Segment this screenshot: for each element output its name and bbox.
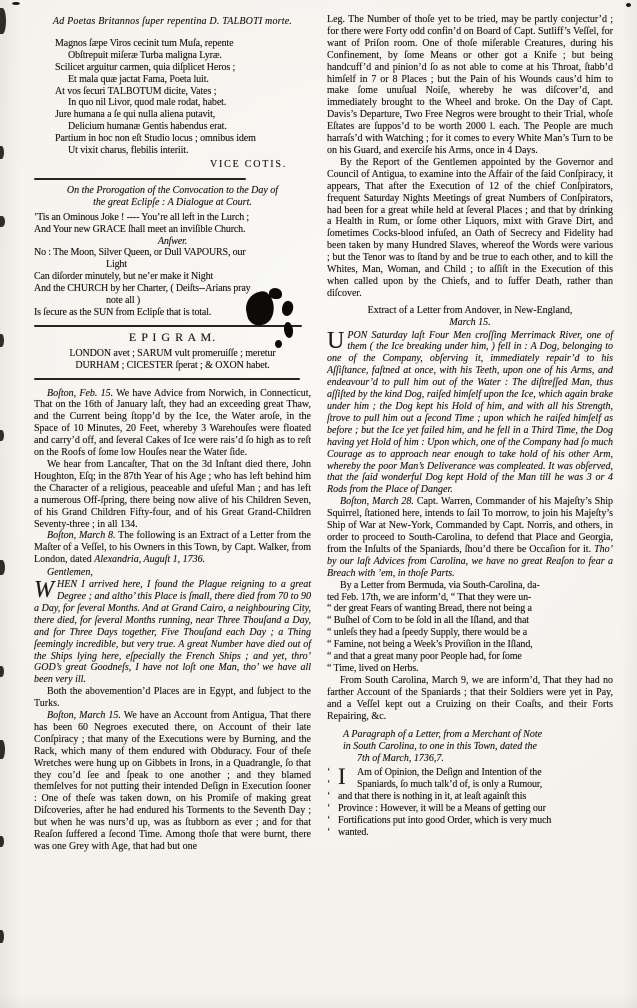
quoted-line: ted Feb. 17th, we are inform’d, “ That t… bbox=[327, 592, 613, 604]
poem-line: Partium in hoc non eſt Studio locus ; om… bbox=[55, 133, 311, 145]
andover-letter-paragraph: UPON Saturday laſt Four Men croſſing Mer… bbox=[327, 330, 613, 497]
andover-heading-date: March 15. bbox=[327, 317, 613, 329]
edge-stain bbox=[0, 8, 6, 34]
ink-blot-shape bbox=[280, 300, 295, 318]
poem-signature: VICE COTIS. bbox=[34, 159, 311, 171]
news-paragraph-march28: Boſton, March 28. Capt. Warren, Commande… bbox=[327, 496, 613, 579]
lead-caps: HEN bbox=[57, 579, 77, 590]
verse-line: Light bbox=[106, 259, 311, 271]
letter-salutation: Gentlemen, bbox=[47, 567, 311, 579]
edge-stain bbox=[0, 334, 4, 347]
dialogue-heading: On the Prorogation of the Convocation to… bbox=[34, 185, 311, 209]
paragraph-text: From South Carolina, March 9, we are inf… bbox=[327, 675, 613, 722]
paragraph-text: We have Advice from Norwich, in Connecti… bbox=[34, 388, 311, 459]
dropcap-u: U bbox=[327, 330, 347, 351]
paragraph-text: Leg. The Number of thoſe yet to be tried… bbox=[327, 14, 613, 156]
quoted-line: ‘Province : However, it will be a Means … bbox=[327, 803, 613, 815]
quoted-line: ‘Fortifications put into good Order, whi… bbox=[327, 815, 613, 827]
ink-blot-shape bbox=[283, 321, 294, 338]
poem-line: In quo nil Livor, quod male rodat, habet… bbox=[68, 97, 311, 109]
dateline: Boſton, March 28. bbox=[340, 496, 414, 507]
merchant-heading-line: A Paragraph of a Letter, from a Merchant… bbox=[343, 729, 613, 741]
section-rule bbox=[34, 378, 300, 380]
quote-mark: ‘ bbox=[327, 779, 338, 791]
left-column: Ad Poetas Britannos ſuper repentina D. T… bbox=[34, 14, 311, 853]
ink-blot bbox=[244, 288, 304, 350]
ink-blot-shape bbox=[269, 288, 282, 299]
poem-line: Jure humana a ſe qui nulla aliena putavi… bbox=[55, 109, 311, 121]
merchant-heading-date: 7th of March, 1736,7. bbox=[357, 753, 613, 765]
right-column: Leg. The Number of thoſe yet to be tried… bbox=[327, 14, 613, 839]
verse-line: ’Tis an Ominous Joke ! ---- You’re all l… bbox=[34, 212, 311, 224]
paper-speck bbox=[626, 3, 631, 7]
lead-caps: PON bbox=[347, 330, 367, 341]
edge-stain bbox=[0, 560, 5, 575]
paragraph-text: We hear from Lancaſter, That on the 3d I… bbox=[34, 459, 311, 530]
news-paragraph-feb15: Boſton, Feb. 15. We have Advice from Nor… bbox=[34, 388, 311, 459]
news-paragraph-march15: Boſton, March 15. We have an Account fro… bbox=[34, 710, 311, 853]
edge-stain bbox=[0, 930, 4, 943]
quoted-line: ‘and that there is nothing in it, at lea… bbox=[327, 791, 613, 803]
verse-line: And Your new GRACE ſhall meet an inviſib… bbox=[34, 224, 311, 236]
paragraph-text: Both the abovemention’d Places are in Eg… bbox=[34, 686, 311, 709]
dateline: Boſton, March 15. bbox=[47, 710, 121, 721]
dateline: Boſton, March 8. bbox=[47, 530, 116, 541]
merchant-letter-heading: A Paragraph of a Letter, from a Merchant… bbox=[343, 729, 613, 765]
andover-heading-line: Extract of a Letter from Andover, in New… bbox=[327, 305, 613, 317]
poem-line: At vos ſecuri TALBOTUM dicite, Vates ; bbox=[55, 86, 311, 98]
paragraph-text: Saturday laſt Four Men croſſing Merrimac… bbox=[327, 330, 613, 496]
paragraph-text: By the Report of the Gentlemen appointed… bbox=[327, 157, 613, 299]
edge-stain bbox=[0, 836, 4, 847]
edge-stain bbox=[0, 666, 4, 677]
edge-stain bbox=[0, 216, 5, 227]
news-paragraph-lancaster: We hear from Lancaſter, That on the 3d I… bbox=[34, 459, 311, 530]
quoted-line: “ and that a great many poor People had,… bbox=[327, 651, 613, 663]
quoted-line: “ Time, lived on Herbs. bbox=[327, 663, 613, 675]
quoted-line: “ unleſs they had a ſpeedy Supply, there… bbox=[327, 627, 613, 639]
dropcap-w: W bbox=[34, 579, 57, 600]
paper-speck bbox=[12, 2, 20, 5]
latin-poem-title: Ad Poetas Britannos ſuper repentina D. T… bbox=[34, 16, 311, 28]
quote-mark: ‘ bbox=[327, 815, 338, 827]
poem-line: Magnos ſæpe Viros cecinit tum Muſa, repe… bbox=[55, 38, 311, 50]
quoted-line: ‘Am of Opinion, the Deſign and Intention… bbox=[327, 767, 613, 779]
quoted-line: By a Letter from Bermuda, via South-Caro… bbox=[327, 580, 613, 592]
paragraph-text-italic: Alexandria, Auguſt 1, 1736. bbox=[94, 554, 205, 565]
quoted-line: ‘Spaniards, ſo much talk’d of, is only a… bbox=[327, 779, 613, 791]
bermuda-letter-paragraph: By a Letter from Bermuda, via South-Caro… bbox=[327, 580, 613, 675]
edge-stain bbox=[0, 430, 4, 441]
quoted-line: “ der great Fears of wanting Bread, ther… bbox=[327, 603, 613, 615]
merchant-letter-body: I ‘Am of Opinion, the Deſign and Intenti… bbox=[327, 767, 613, 838]
merchant-heading-line: in South Carolina, to one in this Town, … bbox=[343, 741, 613, 753]
poem-line: Ut vixit charus, flebilis interiit. bbox=[68, 145, 311, 157]
section-rule bbox=[34, 178, 246, 180]
dropcap-i: I bbox=[338, 765, 346, 788]
dateline: Boſton, Feb. 15. bbox=[47, 388, 113, 399]
verse-line: Can diſorder minutely, but ne’er make it… bbox=[34, 271, 311, 283]
poem-line: Obſtrepuit miſeræ Turba maligna Lyræ. bbox=[68, 50, 311, 62]
quoted-line: “ Buſhel of Corn to be ſold in all the I… bbox=[327, 615, 613, 627]
latin-poem: Magnos ſæpe Viros cecinit tum Muſa, repe… bbox=[55, 38, 311, 157]
verse-answer-label: Anſwer. bbox=[34, 236, 311, 248]
paragraph-text: I arrived here, I found the Plague reign… bbox=[34, 579, 311, 685]
andover-letter-heading: Extract of a Letter from Andover, in New… bbox=[327, 305, 613, 329]
epigram-line: DURHAM ; CICESTER ſperat ; & OXON habet. bbox=[34, 360, 311, 372]
news-paragraph-march8: Boſton, March 8. The following is an Ext… bbox=[34, 530, 311, 566]
poem-line: Et mala quæ jactat Fama, Poeta luit. bbox=[68, 74, 311, 86]
plague-letter-paragraph: WHEN I arrived here, I found the Plague … bbox=[34, 579, 311, 686]
quoted-line: ‘wanted. bbox=[327, 827, 613, 839]
quote-mark: ‘ bbox=[327, 803, 338, 815]
news-paragraph-egypt: Both the abovemention’d Places are in Eg… bbox=[34, 686, 311, 710]
news-paragraph-southcarolina: From South Carolina, March 9, we are inf… bbox=[327, 675, 613, 723]
poem-line: Scilicet arguitur carmen, quia diſplicet… bbox=[55, 62, 311, 74]
quote-mark: ‘ bbox=[327, 827, 338, 839]
news-paragraph-leg: Leg. The Number of thoſe yet to be tried… bbox=[327, 14, 613, 157]
edge-stain bbox=[0, 146, 4, 159]
dialogue-heading-line: the great Eclipſe : A Dialogue at Court. bbox=[34, 197, 311, 209]
quoted-line: “ Famine, not being a Week’s Proviſion i… bbox=[327, 639, 613, 651]
quote-mark: ‘ bbox=[327, 767, 338, 779]
poem-line: Delicium humanæ Gentis habendus erat. bbox=[68, 121, 311, 133]
verse-line: No : The Moon, Silver Queen, or Dull VAP… bbox=[34, 247, 311, 259]
news-paragraph-report: By the Report of the Gentlemen appointed… bbox=[327, 157, 613, 300]
dialogue-heading-line: On the Prorogation of the Convocation to… bbox=[34, 185, 311, 197]
quote-mark: ‘ bbox=[327, 791, 338, 803]
ink-blot-shape bbox=[275, 340, 282, 348]
edge-stain bbox=[0, 740, 5, 759]
paragraph-text: We have an Account from Antigua, That th… bbox=[34, 710, 311, 852]
